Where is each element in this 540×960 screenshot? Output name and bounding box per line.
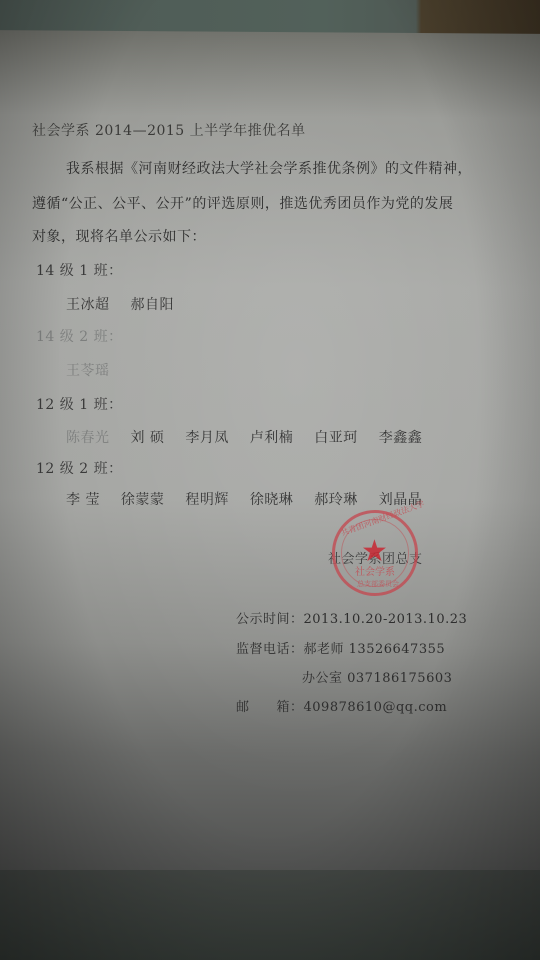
body-paragraph-line-2: 遵循“公正、公平、公开”的评选原则，推选优秀团员作为党的发展 [32, 193, 453, 213]
publicity-value: 2013.10.20-2013.10.23 [304, 612, 468, 627]
email-value: 409878610@qq.com [304, 700, 448, 715]
student-name: 郝玲琳 [314, 492, 358, 508]
student-name: 李鑫鑫 [379, 430, 423, 446]
student-name: 白亚珂 [314, 430, 358, 446]
student-name: 李 莹 [66, 492, 100, 508]
stamp-center-text: 社会学系 [355, 563, 395, 578]
student-name: 王冰超 [66, 297, 110, 313]
stamp-bottom-text: 总支部委员会 [357, 579, 399, 589]
phone-label: 监督电话： [236, 642, 304, 657]
publicity-label: 公示时间： [236, 612, 304, 627]
class-heading-14-2: 14 级 2 班： [36, 326, 123, 346]
class-heading-12-1: 12 级 1 班： [36, 394, 123, 414]
student-list-14-1: 王冰超 郝自阳 [66, 294, 190, 314]
document-title: 社会学系 2014—2015 上半学年推优名单 [32, 120, 306, 140]
student-name: 徐蒙蒙 [121, 492, 165, 508]
publicity-period: 公示时间：2013.10.20-2013.10.23 [236, 608, 467, 627]
student-name: 郝自阳 [130, 297, 174, 313]
body-paragraph-line-1: 我系根据《河南财经政法大学社会学系推优条例》的文件精神， [66, 158, 472, 178]
class-heading-12-2: 12 级 2 班： [36, 458, 123, 478]
photo-background-bottom [0, 870, 540, 960]
student-name: 卢利楠 [250, 430, 294, 446]
student-name: 徐晓琳 [250, 492, 294, 508]
official-red-stamp: 共青团河南财经政法大学 ★ 社会学系 总支部委员会 [332, 510, 418, 596]
student-name: 刘 硕 [130, 430, 164, 446]
office-phone: 办公室 037186175603 [302, 667, 452, 686]
student-name: 李月凤 [185, 430, 229, 446]
email-label: 邮 箱： [236, 700, 304, 715]
phone-office: 办公室 037186175603 [302, 671, 452, 686]
contact-email: 邮 箱：409878610@qq.com [236, 696, 447, 715]
student-list-14-2: 王苓瑶 [66, 360, 126, 380]
phone-teacher: 郝老师 13526647355 [304, 642, 446, 657]
student-name: 王苓瑶 [66, 363, 110, 379]
class-heading-14-1: 14 级 1 班： [36, 260, 123, 280]
supervision-phone: 监督电话：郝老师 13526647355 [236, 638, 445, 657]
student-name: 陈春光 [66, 430, 110, 446]
student-name: 程明辉 [185, 492, 229, 508]
body-paragraph-line-3: 对象，现将名单公示如下： [32, 226, 206, 246]
student-list-12-2: 李 莹 徐蒙蒙 程明辉 徐晓琳 郝玲琳 刘晶晶 [66, 489, 438, 509]
student-list-12-1: 陈春光 刘 硕 李月凤 卢利楠 白亚珂 李鑫鑫 [66, 427, 438, 447]
